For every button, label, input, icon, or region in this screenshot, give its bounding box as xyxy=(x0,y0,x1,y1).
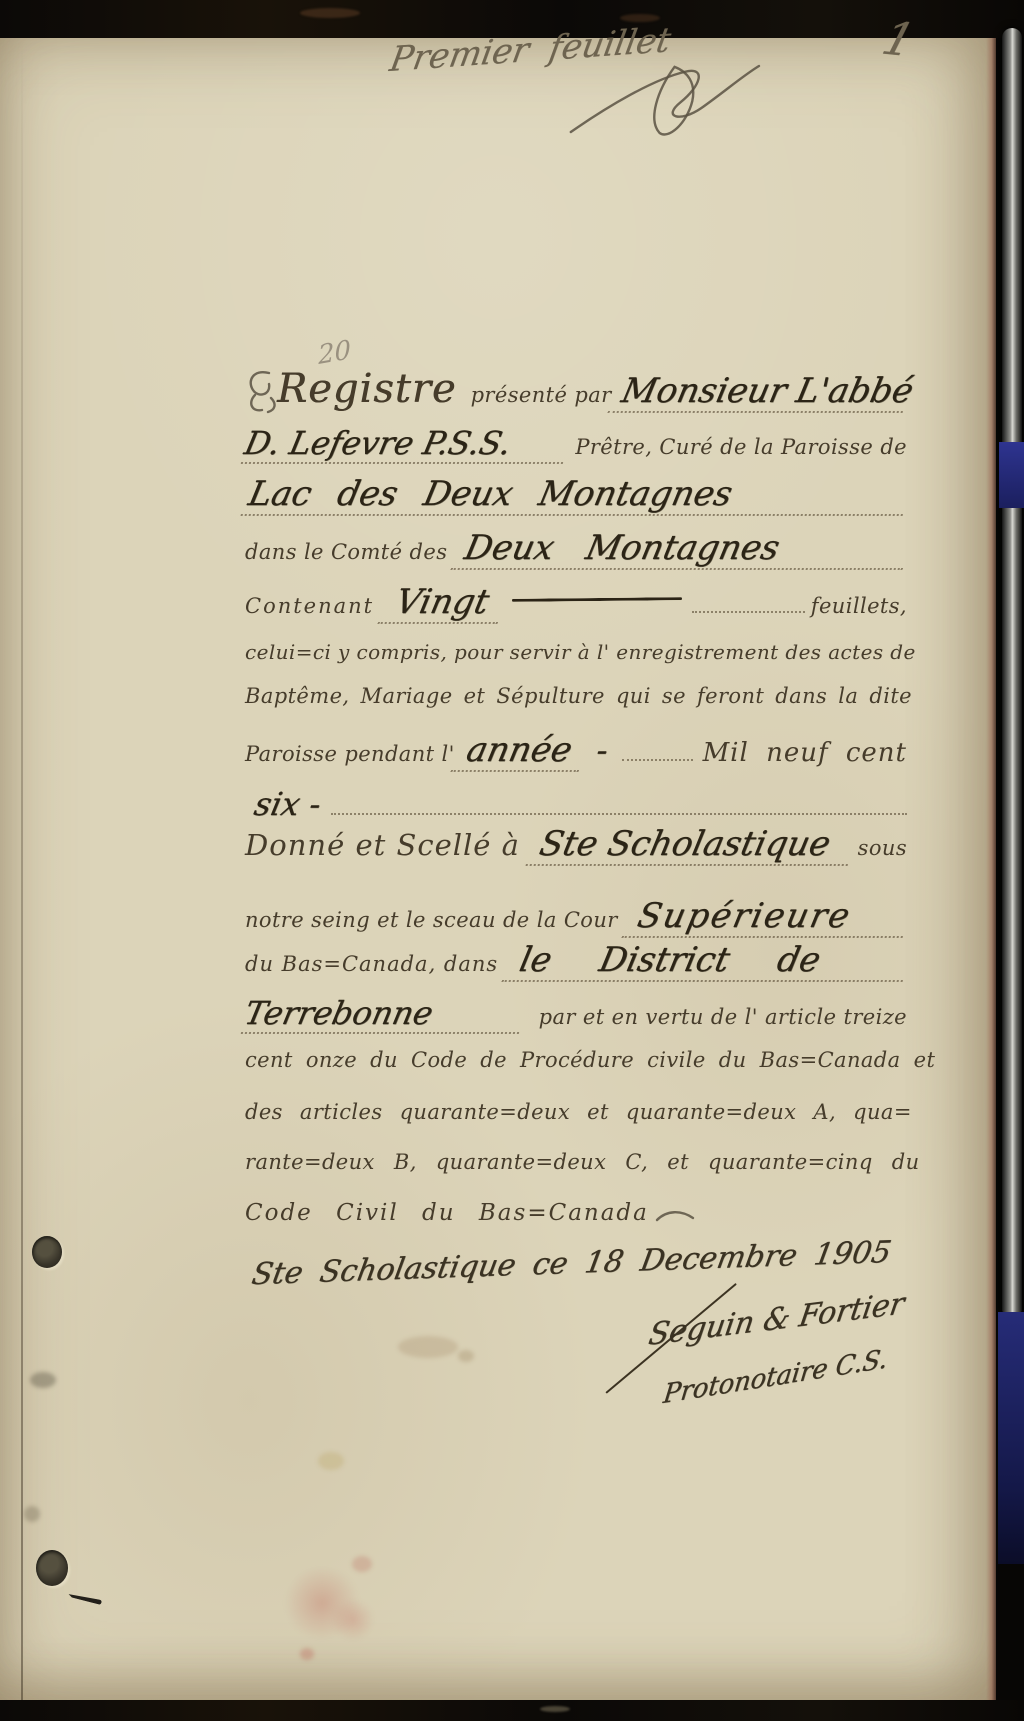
printed-text: cent onze du Code de Procédure civile du… xyxy=(245,1048,935,1072)
form-line-10: Donné et Scellé à Ste Scholastique sous xyxy=(245,824,907,866)
scan-background-bottom xyxy=(0,1700,1024,1721)
handwritten-district-label: le District de xyxy=(502,940,912,982)
scanned-register-title-page: Premier feuillet 1 20 Registre présenté … xyxy=(0,0,1024,1721)
form-line-4: dans le Comté des Deux Montagnes xyxy=(245,528,907,570)
form-line-6: celui=ci y compris, pour servir à l' enr… xyxy=(245,640,907,664)
flourish-stroke xyxy=(655,1208,695,1226)
printed-text: sous xyxy=(858,836,907,860)
handwritten-priest-name: D. Lefevre P.S.S. xyxy=(241,424,572,464)
form-line-12: du Bas=Canada, dans le District de xyxy=(245,940,907,982)
printed-text: feuillets, xyxy=(811,594,907,618)
form-line-11: notre seing et le sceau de la Cour Supér… xyxy=(245,896,907,938)
brown-smudge xyxy=(458,1350,474,1362)
red-stain xyxy=(330,1600,376,1640)
red-stain-dot xyxy=(352,1556,372,1572)
printed-text: celui=ci y compris, pour servir à l' enr… xyxy=(245,640,916,664)
handwritten-dash: - xyxy=(579,731,626,769)
binding-cloth-blue-bottom xyxy=(998,1312,1024,1564)
form-line-7: Baptême, Mariage et Sépulture qui se fer… xyxy=(245,684,907,708)
hand-dash-stroke xyxy=(512,597,682,602)
form-line-15: des articles quarante=deux et quarante=d… xyxy=(245,1100,907,1124)
printed-text: Donné et Scellé à xyxy=(245,828,520,862)
printed-text: du Bas=Canada, dans xyxy=(245,952,498,976)
printed-text: dans le Comté des xyxy=(245,540,447,564)
form-line-9: six - xyxy=(245,785,907,823)
form-title-word: Registre xyxy=(277,366,457,412)
form-line-2: D. Lefevre P.S.S. Prêtre, Curé de la Par… xyxy=(245,424,907,464)
form-line-13: Terrebonne par et en vertu de l' article… xyxy=(245,994,907,1034)
form-line-5: Contenant Vingt feuillets, xyxy=(245,582,907,624)
printed-text: des articles quarante=deux et quarante=d… xyxy=(245,1100,912,1124)
printed-text: notre seing et le sceau de la Cour xyxy=(245,908,618,932)
ornamental-initial-flourish xyxy=(245,367,275,413)
printed-text: par et en vertu de l' article treize xyxy=(539,1005,907,1029)
handwritten-presenter: Monsieur L'abbé xyxy=(607,371,911,413)
handwritten-year-word: six - xyxy=(241,785,335,823)
printed-text: Contenant xyxy=(245,594,374,618)
handwritten-place-sealed: Ste Scholastique xyxy=(526,824,857,866)
punch-hole-bottom xyxy=(36,1550,68,1586)
punch-hole-top xyxy=(32,1236,62,1268)
handwritten-court: Supérieure xyxy=(621,896,911,938)
handwritten-parish: Lac des Deux Montagnes xyxy=(241,474,912,516)
binding-cloth-blue-top xyxy=(999,442,1024,508)
printed-text: Mil neuf cent xyxy=(703,738,907,768)
register-sheet xyxy=(0,38,996,1700)
printed-text: présenté par xyxy=(471,383,612,407)
paper-crease xyxy=(21,38,23,1700)
paper-dent xyxy=(24,1506,40,1522)
binding-scuff xyxy=(540,1706,570,1712)
form-line-16: rante=deux B, quarante=deux C, et quaran… xyxy=(245,1150,907,1174)
page-edge-shadow xyxy=(986,38,996,1700)
paper-mark xyxy=(30,1372,56,1388)
form-line-14: cent onze du Code de Procédure civile du… xyxy=(245,1048,907,1072)
brown-smudge xyxy=(398,1336,458,1358)
handwritten-annee: année xyxy=(450,730,587,772)
ruled-line xyxy=(692,611,805,613)
ruled-line xyxy=(331,813,907,815)
handwritten-folio-count: Vingt xyxy=(378,582,507,624)
form-line-1: Registre présenté par Monsieur L'abbé xyxy=(245,366,907,413)
printed-text: Paroisse pendant l' xyxy=(245,742,455,766)
binding-rod xyxy=(1002,28,1022,1313)
yellow-smudge xyxy=(318,1452,344,1470)
form-line-3: Lac des Deux Montagnes xyxy=(245,474,907,516)
handwritten-county: Deux Montagnes xyxy=(451,528,912,570)
printed-text: rante=deux B, quarante=deux C, et quaran… xyxy=(245,1150,920,1174)
printed-text: Baptême, Mariage et Sépulture qui se fer… xyxy=(245,684,912,708)
ruled-line xyxy=(622,759,693,761)
form-line-8: Paroisse pendant l' année - Mil neuf cen… xyxy=(245,730,907,772)
printed-text: Code Civil du Bas=Canada xyxy=(245,1200,649,1226)
form-line-17: Code Civil du Bas=Canada xyxy=(245,1200,907,1226)
red-stain-dot xyxy=(300,1648,314,1660)
handwritten-district-name: Terrebonne xyxy=(241,994,527,1034)
binding-marble-speck xyxy=(300,8,360,18)
printed-text: Prêtre, Curé de la Paroisse de xyxy=(575,435,907,459)
